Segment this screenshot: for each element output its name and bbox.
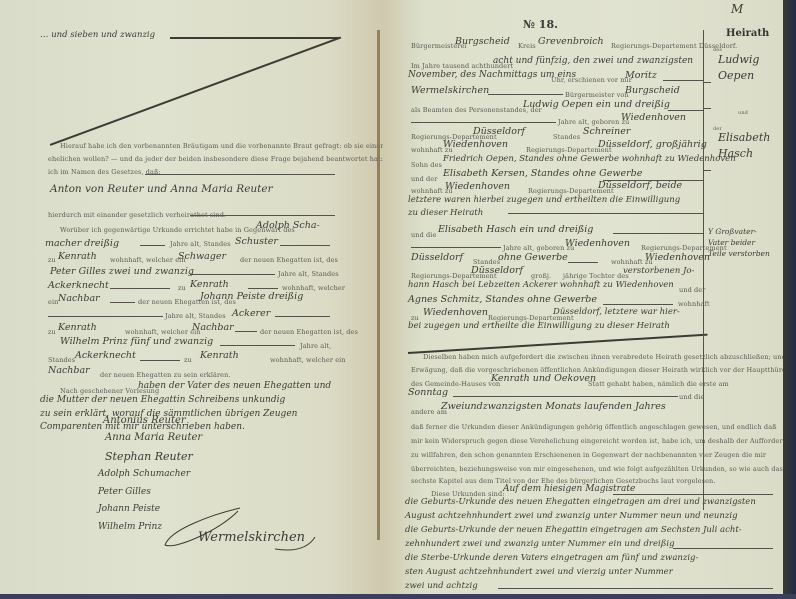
printed-line: Uhr, erschienen vor mir xyxy=(551,76,632,84)
rule xyxy=(140,360,180,361)
top-hand-text: … und sieben und zwanzig xyxy=(40,30,155,40)
printed-line: ein xyxy=(48,298,58,306)
bride-mother: Agnes Schmitz, Standes ohne Gewerbe xyxy=(408,294,597,305)
printed-line: ehelichen wollen? — und da jeder der bei… xyxy=(48,155,419,163)
printed-line: wohnhaft, welcher ein xyxy=(270,356,346,364)
proclamation-place: Kenrath und Oekoven xyxy=(491,373,596,384)
rule xyxy=(190,215,335,216)
printed-line: wohnhaft, welcher ein xyxy=(125,328,201,336)
groom-parents-residence: Wiedenhoven xyxy=(445,181,510,192)
printed-line: zu xyxy=(178,284,186,292)
printed-line: zu xyxy=(48,328,56,336)
rule xyxy=(235,331,257,332)
witness1-status: Schuster xyxy=(235,236,278,247)
groom-regdep: Düsseldorf xyxy=(473,126,525,137)
printed-line: Jahre alt, xyxy=(300,342,331,350)
signature: Antonius Reuter xyxy=(103,415,186,426)
bride-mother-residence: Wiedenhoven xyxy=(423,307,488,318)
groom-name-age: Ludwig Oepen ein und dreißig xyxy=(523,99,670,110)
bride-regdep2: Düsseldorf xyxy=(471,265,523,276)
bride-mother-note: bei zugegen und ertheilte die Einwilligu… xyxy=(408,321,670,331)
printed-line: Statt gehabt haben, nämlich die erste am xyxy=(588,380,729,388)
witness3-status: Ackerer xyxy=(232,308,270,319)
witness2-status: Ackerknecht xyxy=(48,280,109,291)
cancel-line-diagonal xyxy=(50,36,341,145)
printed-line: ich im Namen des Gesetzes, daß: xyxy=(48,168,161,176)
bride-father: verstorbenen Jo- xyxy=(623,266,694,276)
urkunden-entry: August achtzehnhundert zwei und zwanzig … xyxy=(405,511,738,521)
bride-regdep: Düsseldorf xyxy=(411,252,463,263)
witness1-place: Kenrath xyxy=(58,251,97,262)
book-binding xyxy=(377,30,380,540)
urkunden-entry: Auf dem hiesigen Magistrate xyxy=(503,484,635,494)
rule xyxy=(220,345,295,346)
couple-names: Anton von Reuter und Anna Maria Reuter xyxy=(50,183,273,195)
margin-bride: Elisabeth Hasch xyxy=(718,130,773,162)
printed-line: zu xyxy=(184,356,192,364)
margin-title: Heirath xyxy=(726,28,769,39)
cancel-line xyxy=(408,334,708,354)
printed-line: Jahre alt, geboren zu xyxy=(503,244,574,252)
rule xyxy=(703,108,711,109)
rule xyxy=(110,288,170,289)
printed-line: Hierauf habe ich den vorbenannten Bräuti… xyxy=(60,142,396,150)
groom-parents-note: zu dieser Heirath xyxy=(408,208,483,218)
rule xyxy=(275,316,330,317)
printed-line: überreichten, beziehungsweise von mir ei… xyxy=(411,465,783,473)
rule xyxy=(668,110,703,111)
signature: Anna Maria Reuter xyxy=(105,432,202,443)
closing-text: haben der Vater des neuen Ehegatten und xyxy=(138,381,331,391)
rule xyxy=(488,94,563,95)
proclamation-second: Zweiundzwanzigsten Monats laufenden Jahr… xyxy=(441,401,666,412)
officer-town: Burgscheid xyxy=(625,85,680,96)
rule xyxy=(190,274,275,275)
groom-parents-note: letztere waren hierbei zugegen und erthe… xyxy=(408,195,680,205)
rule xyxy=(603,304,673,305)
printed-line: zu xyxy=(48,256,56,264)
printed-line: Bürgermeister von xyxy=(565,91,629,99)
record-number: № 18. xyxy=(523,18,558,31)
book-edge xyxy=(783,0,796,599)
printed-line: jährige Tochter des xyxy=(563,272,629,280)
witness2-relation: Nachbar xyxy=(58,293,100,304)
rule xyxy=(411,247,501,248)
rule xyxy=(411,122,556,123)
rule xyxy=(140,245,165,246)
left-page: … und sieben und zwanzig Hierauf habe ic… xyxy=(0,0,383,594)
bride-residence: Wiedenhoven xyxy=(645,252,710,263)
urkunden-entry: sten August achtzehnhundert zwei und vie… xyxy=(405,567,673,577)
printed-line: Jahre alt, geboren zu xyxy=(558,118,629,126)
printed-line: Sohn des xyxy=(411,161,442,169)
printed-line: Standes xyxy=(553,133,580,141)
witness3-relation: Nachbar xyxy=(192,322,234,333)
bride-mother-regdep: Düsseldorf, letztere war hier- xyxy=(553,307,680,317)
rule xyxy=(110,302,135,303)
kreis: Grevenbroich xyxy=(538,36,604,47)
rule xyxy=(673,548,773,549)
groom-parents-regdep: Düsseldorf, beide xyxy=(598,180,682,191)
witness2-name: Peter Gilles zwei und zwanzig xyxy=(50,266,194,277)
witness1-name: Adolph Scha- xyxy=(256,220,320,231)
printed-line: daß ferner die Urkunden dieser Ankündigu… xyxy=(411,423,777,431)
printed-line: mir kein Widerspruch gegen diese Verehel… xyxy=(411,437,795,445)
officer-surname: Wermelskirchen xyxy=(411,85,489,96)
groom-status: Schreiner xyxy=(583,126,630,137)
signature: Adolph Schumacher xyxy=(98,469,190,479)
printed-line: und die xyxy=(411,231,436,239)
rule xyxy=(508,213,703,214)
rule xyxy=(568,262,598,263)
witness2-place: Kenrath xyxy=(190,279,229,290)
urkunden-entry: die Geburts-Urkunde der neuen Ehegattin … xyxy=(405,525,742,535)
printed-line: und die xyxy=(679,393,704,401)
witness3-place: Kenrath xyxy=(58,322,97,333)
margin-note: Y Großvater-Vater beider Teile verstorbe… xyxy=(708,226,773,259)
bride-father: hann Hasch bei Lebzeiten Ackerer wohnhaf… xyxy=(408,280,674,290)
printed-line: und der xyxy=(679,286,705,294)
rule xyxy=(145,174,335,175)
printed-line: und der xyxy=(411,175,437,183)
rule xyxy=(48,316,163,317)
groom-residence: Wiedenhoven xyxy=(443,139,508,150)
rule xyxy=(248,288,278,289)
printed-line: Jahre alt, Standes xyxy=(170,240,231,248)
signature: Johann Peiste xyxy=(98,504,160,514)
bride-name-age: Elisabeth Hasch ein und dreißig xyxy=(438,224,593,235)
signature: Wilhelm Prinz xyxy=(98,522,162,532)
printed-line: zu willfahren, den schon genannten Ersch… xyxy=(411,451,766,459)
groom-mother: Elisabeth Kersen, Standes ohne Gewerbe xyxy=(443,168,642,179)
buergermeisterei: Burgscheid xyxy=(455,36,510,47)
printed-line: Jahre alt, Standes xyxy=(165,312,226,320)
rule xyxy=(613,233,703,234)
witness1-relation: Schwager xyxy=(178,251,226,262)
margin-mark: M xyxy=(731,2,743,16)
closing-text: die Mutter der neuen Ehegattin Schreiben… xyxy=(40,395,285,405)
witness1-age: macher dreißig xyxy=(45,238,119,249)
rule xyxy=(453,396,678,397)
proclamation-first: Sonntag xyxy=(408,387,448,398)
officer-name: Moritz xyxy=(625,70,657,81)
rule xyxy=(703,82,711,83)
cancel-line-top xyxy=(170,37,340,39)
witness4-relation: Nachbar xyxy=(48,365,90,376)
printed-line: der neuen Ehegatten ist, des xyxy=(260,328,358,336)
groom-father: Friedrich Oepen, Standes ohne Gewerbe wo… xyxy=(443,154,736,164)
rule xyxy=(613,494,773,495)
printed-line: Jahre alt, Standes xyxy=(278,270,339,278)
urkunden-entry: zehnhundert zwei und zwanzig unter Numme… xyxy=(405,539,675,549)
witness4-status: Ackerknecht xyxy=(75,350,136,361)
margin-und: und xyxy=(738,110,748,116)
witness4-name: Wilhelm Prinz fünf und zwanzig xyxy=(60,336,213,347)
margin-groom: Ludwig Oepen xyxy=(718,52,773,84)
rule xyxy=(663,80,703,81)
background-strip xyxy=(0,594,796,599)
witness4-place: Kenrath xyxy=(200,350,239,361)
bride-status: ohne Gewerbe xyxy=(498,252,568,263)
groom-regdep2: Düsseldorf, großjährig xyxy=(598,139,707,150)
printed-line: Erwägung, daß die vorgeschriebenen öffen… xyxy=(411,366,786,374)
margin-divider xyxy=(703,30,704,510)
printed-line: der neuen Ehegatten ist, des xyxy=(240,256,338,264)
rule xyxy=(280,245,330,246)
rule xyxy=(498,588,773,589)
printed-line: wohnhaft xyxy=(678,300,710,308)
bride-birthplace: Wiedenhoven xyxy=(565,238,630,249)
signature: Peter Gilles xyxy=(98,487,151,497)
groom-birthplace: Wiedenhoven xyxy=(621,112,686,123)
urkunden-entry: die Sterbe-Urkunde deren Vaters eingetra… xyxy=(405,553,698,563)
rule xyxy=(703,170,711,171)
printed-line: Standes xyxy=(48,356,75,364)
witness3-name: Johann Peiste dreißig xyxy=(200,291,303,302)
printed-line: Dieselben haben mich aufgefordert die zw… xyxy=(423,353,795,361)
printed-line: wohnhaft, welcher ein xyxy=(110,256,186,264)
signature: Stephan Reuter xyxy=(105,450,193,463)
register-book: … und sieben und zwanzig Hierauf habe ic… xyxy=(0,0,796,594)
year-text: acht und fünfzig, den zwei und zwanzigst… xyxy=(493,56,693,66)
right-page: № 18. Bürgermeisterei Burgscheid Kreis G… xyxy=(383,0,783,594)
officer-signature: Wermelskirchen xyxy=(198,530,305,545)
printed-line: großj. xyxy=(531,272,551,280)
urkunden-entry: zwei und achtzig xyxy=(405,581,478,591)
printed-line: der neuen Ehegatten zu sein erklären. xyxy=(100,371,231,379)
printed-line: Kreis xyxy=(518,42,536,50)
